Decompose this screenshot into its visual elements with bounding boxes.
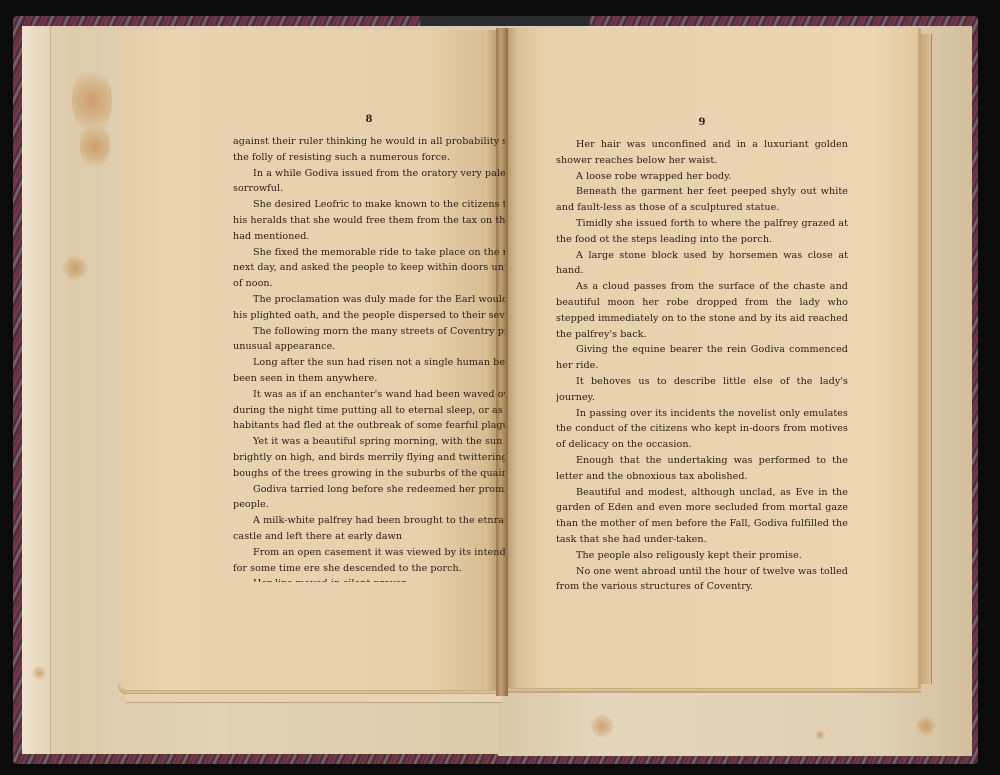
paragraph: In passing over its incidents the noveli… — [556, 406, 848, 453]
text-line: boughs of the trees growing in the subur… — [233, 466, 505, 482]
text-line: castle and left there at early dawn — [233, 529, 505, 545]
paragraph: Giving the equine bearer the rein Godiva… — [556, 342, 848, 374]
text-line: In a while Godiva issued from the orator… — [233, 166, 505, 182]
text-line: been seen in them anywhere. — [233, 371, 505, 387]
text-line: sorrowful. — [233, 181, 505, 197]
text-line: She fixed the memorable ride to take pla… — [233, 245, 505, 261]
foxing-stain — [590, 714, 614, 738]
text-line: the folly of resisting such a numerous f… — [233, 150, 505, 166]
text-line: It was as if an enchanter's wand had bee… — [233, 387, 505, 403]
text-line: She desired Leofric to make known to the… — [233, 197, 505, 213]
paragraph: A loose robe wrapped her body. — [556, 169, 848, 185]
text-line: A milk-white palfrey had been brought to… — [233, 513, 505, 529]
left-flyleaf-edge — [22, 26, 51, 754]
text-line: his heralds that she would free them fro… — [233, 213, 505, 229]
text-line: his plighted oath, and the people disper… — [233, 308, 505, 324]
text-line: during the night time putting all to ete… — [233, 403, 505, 419]
text-line: Godiva tarried long before she redeemed … — [233, 482, 505, 498]
foxing-stain — [62, 256, 88, 280]
paragraph: No one went abroad until the hour of twe… — [556, 564, 848, 595]
left-page-text: 8 against their ruler thinking he would … — [233, 112, 505, 582]
paragraph: Enough that the undertaking was performe… — [556, 453, 848, 485]
text-line: next day, and asked the people to keep w… — [233, 260, 505, 276]
paragraph: Timidly she issued forth to where the pa… — [556, 216, 848, 248]
left-page-stack-edge — [126, 694, 502, 703]
right-page-deckle-edge — [920, 34, 932, 684]
paragraph: The people also religously kept their pr… — [556, 548, 848, 564]
text-line: against their ruler thinking he would in… — [233, 134, 505, 150]
paragraph: Beautiful and modest, although unclad, a… — [556, 485, 848, 548]
right-page-text: 9 Her hair was unconfined and in a luxur… — [556, 115, 848, 595]
text-line: for some time ere she descended to the p… — [233, 561, 505, 577]
paragraph: It behoves us to describe little else of… — [556, 374, 848, 406]
book-spread-scan: 8 against their ruler thinking he would … — [0, 0, 1000, 775]
text-line: unusual appearance. — [233, 339, 505, 355]
text-line: The following morn the many streets of C… — [233, 324, 505, 340]
text-line: of noon. — [233, 276, 505, 292]
text-line: habitants had fled at the outbreak of so… — [233, 418, 505, 434]
text-line: The proclamation was duly made for the E… — [233, 292, 505, 308]
paragraph: A large stone block used by horsemen was… — [556, 248, 848, 280]
page-number-left: 8 — [233, 112, 505, 126]
paragraph: Her hair was unconfined and in a luxuria… — [556, 137, 848, 169]
paragraph: Beneath the garment her feet peeped shyl… — [556, 184, 848, 216]
page-number-right: 9 — [556, 115, 848, 129]
foxing-stain — [32, 666, 46, 680]
text-line: people. — [233, 497, 505, 513]
text-line: brightly on high, and birds merrily flyi… — [233, 450, 505, 466]
text-line: Her lips moved in silent prayer. — [233, 576, 505, 582]
foxing-stain — [815, 730, 825, 740]
text-line: Long after the sun had risen not a singl… — [233, 355, 505, 371]
text-line: had mentioned. — [233, 229, 505, 245]
foxing-stain — [80, 121, 110, 171]
text-line: Yet it was a beautiful spring morning, w… — [233, 434, 505, 450]
paragraph: As a cloud passes from the surface of th… — [556, 279, 848, 342]
text-line: From an open casement it was viewed by i… — [233, 545, 505, 561]
foxing-stain — [916, 716, 936, 736]
